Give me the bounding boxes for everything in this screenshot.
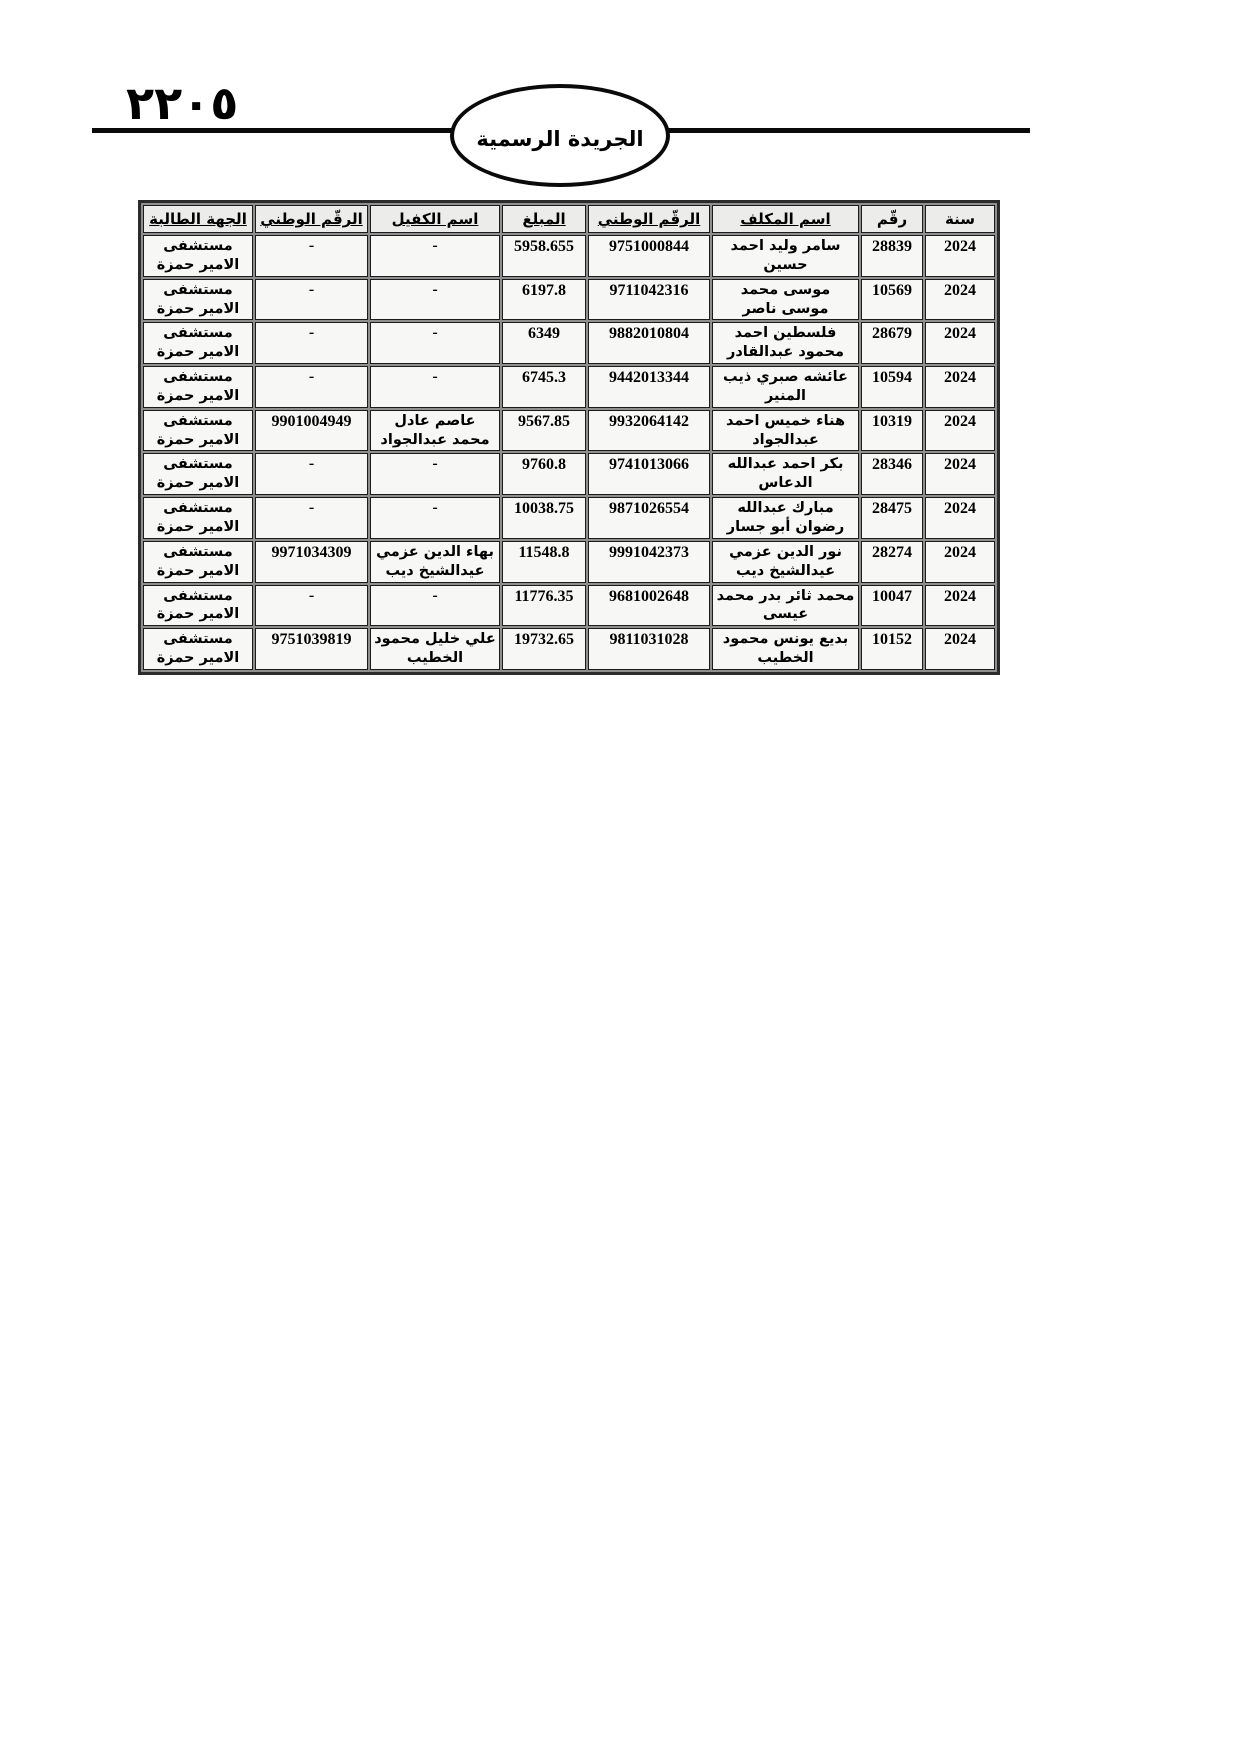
cell-year: 2024 [925, 628, 995, 670]
cell-requesting_entity: مستشفى الامير حمزة [143, 585, 253, 627]
cell-year: 2024 [925, 585, 995, 627]
cell-year: 2024 [925, 453, 995, 495]
cell-number: 10047 [861, 585, 923, 627]
cell-number: 10152 [861, 628, 923, 670]
column-header-number: رقّم [861, 205, 923, 233]
table-row: 202410594عائشه صبري ذيب المنير9442013344… [143, 366, 995, 408]
masthead-title: الجريدة الرسمية [476, 121, 643, 151]
cell-requesting_entity: مستشفى الامير حمزة [143, 366, 253, 408]
table-row: 202428839سامر وليد احمد حسين975100084459… [143, 235, 995, 277]
cell-year: 2024 [925, 279, 995, 321]
cell-taxpayer_national_id: 9932064142 [588, 410, 710, 452]
cell-taxpayer_national_id: 9991042373 [588, 541, 710, 583]
cell-taxpayer_name: نور الدين عزمي عيدالشيخ ديب [712, 541, 859, 583]
cell-taxpayer_name: مبارك عبدالله رضوان أبو جسار [712, 497, 859, 539]
cell-number: 28475 [861, 497, 923, 539]
cell-guarantor_name: - [370, 453, 500, 495]
cell-amount: 5958.655 [502, 235, 586, 277]
cell-amount: 9760.8 [502, 453, 586, 495]
cell-guarantor_national_id: - [255, 322, 368, 364]
column-header-label: رقّم [877, 210, 907, 228]
header-row: سنةرقّماسم المكلفالرقّم الوطنيالمبلغاسم … [143, 205, 995, 233]
cell-requesting_entity: مستشفى الامير حمزة [143, 453, 253, 495]
cell-number: 28679 [861, 322, 923, 364]
cell-taxpayer_national_id: 9751000844 [588, 235, 710, 277]
cell-requesting_entity: مستشفى الامير حمزة [143, 628, 253, 670]
cell-taxpayer_name: بكر احمد عبدالله الدعاس [712, 453, 859, 495]
cell-taxpayer_national_id: 9442013344 [588, 366, 710, 408]
column-header-label: المبلغ [522, 210, 565, 228]
cell-requesting_entity: مستشفى الامير حمزة [143, 322, 253, 364]
cell-guarantor_national_id: - [255, 366, 368, 408]
cell-guarantor_national_id: 9901004949 [255, 410, 368, 452]
table-row: 202410152بديع يونس محمود الخطيب981103102… [143, 628, 995, 670]
table-row: 202428346بكر احمد عبدالله الدعاس97410130… [143, 453, 995, 495]
cell-year: 2024 [925, 541, 995, 583]
cell-taxpayer_name: موسى محمد موسى ناصر [712, 279, 859, 321]
cell-amount: 6745.3 [502, 366, 586, 408]
cell-guarantor_name: بهاء الدين عزمي عيدالشيخ ديب [370, 541, 500, 583]
cell-taxpayer_name: عائشه صبري ذيب المنير [712, 366, 859, 408]
cell-guarantor_national_id: - [255, 279, 368, 321]
cell-guarantor_name: - [370, 235, 500, 277]
cell-taxpayer_national_id: 9882010804 [588, 322, 710, 364]
cell-amount: 19732.65 [502, 628, 586, 670]
masthead-oval: الجريدة الرسمية [450, 84, 670, 187]
page-number: ٢٢٠٥ [126, 76, 236, 130]
cell-amount: 6349 [502, 322, 586, 364]
table-row: 202410319هناء خميس احمد عبدالجواد9932064… [143, 410, 995, 452]
cell-taxpayer_national_id: 9871026554 [588, 497, 710, 539]
cell-number: 10569 [861, 279, 923, 321]
column-header-year: سنة [925, 205, 995, 233]
cell-amount: 11776.35 [502, 585, 586, 627]
cell-requesting_entity: مستشفى الامير حمزة [143, 497, 253, 539]
cell-requesting_entity: مستشفى الامير حمزة [143, 235, 253, 277]
column-header-label: الرقّم الوطني [598, 210, 701, 228]
cell-guarantor_national_id: 9751039819 [255, 628, 368, 670]
cell-requesting_entity: مستشفى الامير حمزة [143, 541, 253, 583]
column-header-guarantor_national_id: الرقّم الوطني [255, 205, 368, 233]
cell-taxpayer_name: محمد ثائر بدر محمد عيسى [712, 585, 859, 627]
column-header-amount: المبلغ [502, 205, 586, 233]
cell-number: 10594 [861, 366, 923, 408]
cell-year: 2024 [925, 410, 995, 452]
column-header-taxpayer_national_id: الرقّم الوطني [588, 205, 710, 233]
cell-taxpayer_national_id: 9741013066 [588, 453, 710, 495]
cell-number: 28346 [861, 453, 923, 495]
cell-year: 2024 [925, 235, 995, 277]
cell-taxpayer_name: فلسطين احمد محمود عبدالقادر [712, 322, 859, 364]
records-table-wrap: سنةرقّماسم المكلفالرقّم الوطنيالمبلغاسم … [138, 200, 1000, 675]
records-table: سنةرقّماسم المكلفالرقّم الوطنيالمبلغاسم … [140, 202, 998, 673]
cell-amount: 6197.8 [502, 279, 586, 321]
cell-guarantor_name: - [370, 322, 500, 364]
column-header-label: سنة [945, 210, 975, 228]
cell-amount: 9567.85 [502, 410, 586, 452]
cell-guarantor_name: عاصم عادل محمد عبدالجواد [370, 410, 500, 452]
cell-taxpayer_national_id: 9811031028 [588, 628, 710, 670]
table-row: 202410047محمد ثائر بدر محمد عيسى96810026… [143, 585, 995, 627]
column-header-label: اسم المكلف [740, 210, 830, 228]
cell-taxpayer_name: بديع يونس محمود الخطيب [712, 628, 859, 670]
column-header-label: الرقّم الوطني [260, 210, 363, 228]
cell-guarantor_name: - [370, 279, 500, 321]
column-header-label: اسم الكفيل [392, 210, 479, 228]
column-header-requesting_entity: الجهة الطالبة [143, 205, 253, 233]
cell-year: 2024 [925, 322, 995, 364]
cell-number: 28839 [861, 235, 923, 277]
cell-guarantor_national_id: - [255, 235, 368, 277]
table-row: 202428475مبارك عبدالله رضوان أبو جسار987… [143, 497, 995, 539]
cell-guarantor_national_id: - [255, 453, 368, 495]
page: ٢٢٠٥ الجريدة الرسمية سنةرقّماسم المكلفال… [0, 0, 1241, 1754]
column-header-taxpayer_name: اسم المكلف [712, 205, 859, 233]
cell-number: 10319 [861, 410, 923, 452]
cell-year: 2024 [925, 366, 995, 408]
cell-taxpayer_name: هناء خميس احمد عبدالجواد [712, 410, 859, 452]
cell-guarantor_national_id: 9971034309 [255, 541, 368, 583]
cell-taxpayer_name: سامر وليد احمد حسين [712, 235, 859, 277]
cell-requesting_entity: مستشفى الامير حمزة [143, 410, 253, 452]
cell-amount: 11548.8 [502, 541, 586, 583]
cell-guarantor_national_id: - [255, 497, 368, 539]
cell-guarantor_name: - [370, 497, 500, 539]
cell-guarantor_name: - [370, 585, 500, 627]
table-row: 202410569موسى محمد موسى ناصر971104231661… [143, 279, 995, 321]
cell-number: 28274 [861, 541, 923, 583]
cell-requesting_entity: مستشفى الامير حمزة [143, 279, 253, 321]
cell-guarantor_name: - [370, 366, 500, 408]
column-header-guarantor_name: اسم الكفيل [370, 205, 500, 233]
cell-taxpayer_national_id: 9681002648 [588, 585, 710, 627]
table-row: 202428274نور الدين عزمي عيدالشيخ ديب9991… [143, 541, 995, 583]
cell-guarantor_national_id: - [255, 585, 368, 627]
cell-taxpayer_national_id: 9711042316 [588, 279, 710, 321]
column-header-label: الجهة الطالبة [149, 210, 247, 228]
cell-year: 2024 [925, 497, 995, 539]
table-row: 202428679فلسطين احمد محمود عبدالقادر9882… [143, 322, 995, 364]
cell-amount: 10038.75 [502, 497, 586, 539]
cell-guarantor_name: علي خليل محمود الخطيب [370, 628, 500, 670]
